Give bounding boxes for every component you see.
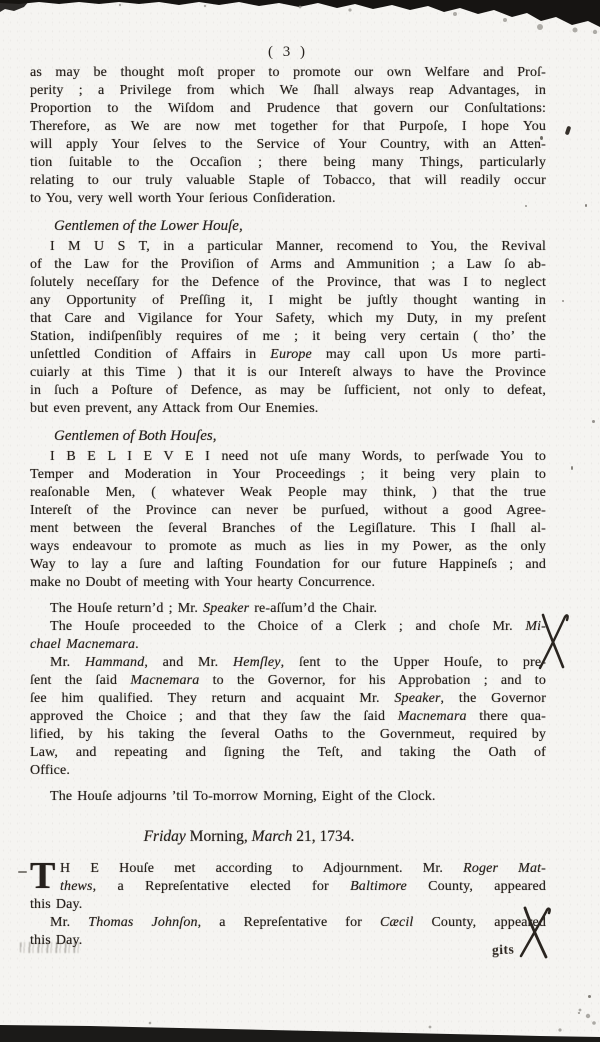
paragraph: as may be thought moſt proper to promote…	[30, 64, 546, 208]
text-line: that Care and Vigilance for Your Safety,…	[30, 310, 546, 328]
text-line: The Houſe proceeded to the Choice of a C…	[30, 618, 546, 636]
ink-speck	[571, 466, 573, 470]
text-line: lified, by his taking the ſeveral Oaths …	[30, 726, 546, 744]
text-line: this Day.	[30, 932, 546, 950]
text-line: perity ; a Privilege from which We ſhall…	[30, 82, 546, 100]
text-line: of the Law for the Proviſion of Arms and…	[30, 256, 546, 274]
ink-speck	[585, 204, 587, 207]
text-line: to You, very well worth Your ſerious Con…	[30, 190, 546, 208]
paragraph: Mr. Hammand, and Mr. Hemſley, ſent to th…	[30, 654, 546, 780]
text-line: ways endeavour to promote as much as lie…	[30, 538, 546, 556]
paragraph: The Houſe proceeded to the Choice of a C…	[30, 618, 546, 654]
paragraph: The Houſe return’d ; Mr. Speaker re-aſſu…	[30, 600, 546, 618]
text-line: but even prevent, any Attack from Our En…	[30, 400, 546, 418]
text-line: in ſuch a Poſture of Defence, as may be …	[30, 382, 546, 400]
text-line: Intereſt of the Province can never be pu…	[30, 502, 546, 520]
text-line: this Day.	[30, 896, 546, 914]
ink-speck	[578, 1012, 580, 1014]
page-content: ( 3 )as may be thought moſt proper to pr…	[30, 44, 546, 950]
ink-speck	[525, 205, 527, 207]
handwritten-catchword: gits	[492, 942, 515, 959]
section-heading: Gentlemen of Both Houſes,	[30, 427, 546, 446]
section-heading: Gentlemen of the Lower Houſe,	[30, 217, 546, 236]
ink-speck	[562, 300, 564, 302]
text-line: The Houſe adjourns ’til To-morrow Mornin…	[30, 788, 546, 806]
text-line: will apply Your ſelves to the Service of…	[30, 136, 546, 154]
text-line: as may be thought moſt proper to promote…	[30, 64, 546, 82]
text-line: tion ſuitable to the Occaſion ; there be…	[30, 154, 546, 172]
text-line: reaſonable Men, ( whatever Weak People m…	[30, 484, 546, 502]
text-line: cuiarly at this Time ) that it is our In…	[30, 364, 546, 382]
text-line: The Houſe return’d ; Mr. Speaker re-aſſu…	[30, 600, 546, 618]
text-line: Law, and repeating and ſigning the Teſt,…	[30, 744, 546, 762]
drop-cap: T	[30, 860, 60, 893]
paragraph: TH E Houſe met according to Adjournment.…	[30, 860, 546, 914]
text-line: approved the Choice ; and that they ſaw …	[30, 708, 546, 726]
paragraph: The Houſe adjourns ’til To-morrow Mornin…	[30, 788, 546, 806]
paragraph: Mr. Thomas Johnſon, a Repreſentative for…	[30, 914, 546, 950]
ink-speck	[588, 995, 591, 998]
scan-bottom-edge	[0, 1006, 600, 1042]
text-line: I B E L I E V E I need not uſe many Word…	[30, 448, 546, 466]
text-line: ment between the ſeveral Branches of the…	[30, 520, 546, 538]
text-line: Mr. Thomas Johnſon, a Repreſentative for…	[30, 914, 546, 932]
scanned-document-page: { "page": { "background_color": "#f5f4f1…	[0, 0, 600, 1042]
text-line: ſee him qualified. They return and acqua…	[30, 690, 546, 708]
ink-speck	[592, 420, 595, 423]
text-line: I M U S T, in a particular Manner, recom…	[30, 238, 546, 256]
text-line: ſolutely neceſſary for the Defence of th…	[30, 274, 546, 292]
text-line: Office.	[30, 762, 546, 780]
text-line: H E Houſe met according to Adjournment. …	[30, 860, 546, 878]
text-line: Station, indiſpenſibly requires of me ; …	[30, 328, 546, 346]
text-line: make no Doubt of meeting with Your heart…	[30, 574, 546, 592]
text-line: ſent the ſaid Macnemara to the Governor,…	[30, 672, 546, 690]
text-line: Temper and Moderation in Your Proceeding…	[30, 466, 546, 484]
ink-speck	[565, 126, 572, 136]
text-line: Mr. Hammand, and Mr. Hemſley, ſent to th…	[30, 654, 546, 672]
page-number: ( 3 )	[30, 44, 546, 61]
ink-smudge	[20, 942, 82, 953]
text-line: Therefore, as We are now met together fo…	[30, 118, 546, 136]
ink-speck	[540, 136, 543, 140]
text-line: chael Macnemara.	[30, 636, 546, 654]
text-line: thews, a Repreſentative elected for Balt…	[30, 878, 546, 896]
paragraph: I B E L I E V E I need not uſe many Word…	[30, 448, 546, 592]
text-line: any Opportunity of Preſſing it, I might …	[30, 292, 546, 310]
torn-top-edge	[0, 0, 600, 34]
ink-speck	[18, 871, 27, 873]
text-line: Way to lay a ſure and laſting Foundation…	[30, 556, 546, 574]
text-line: Proportion to the Wiſdom and Prudence th…	[30, 100, 546, 118]
date-heading: Friday Morning, March 21, 1734.	[30, 826, 468, 848]
text-line: unſettled Condition of Affairs in Europe…	[30, 346, 546, 364]
paragraph: I M U S T, in a particular Manner, recom…	[30, 238, 546, 418]
text-line: relating to our truly valuable Staple of…	[30, 172, 546, 190]
